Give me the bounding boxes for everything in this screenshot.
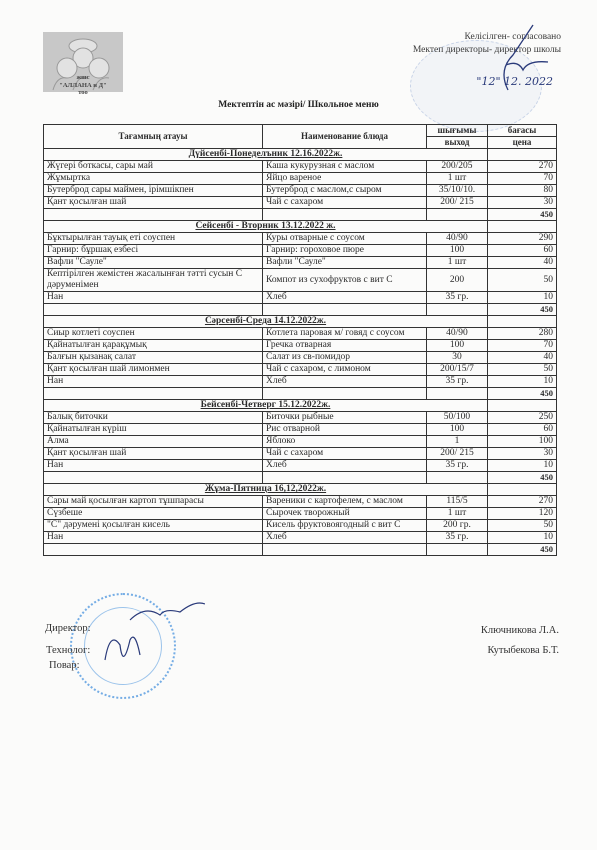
- table-row: Жүгері боткасы, сары майКаша кукурузная …: [44, 161, 557, 173]
- table-row: Сиыр котлеті соуспенКотлета паровая м/ г…: [44, 328, 557, 340]
- dish-name-kz: Сүзбеше: [44, 508, 263, 520]
- dish-name-ru: Куры отварные с соусом: [263, 233, 427, 245]
- total-empty: [44, 304, 263, 316]
- director-signature-icon: [478, 20, 558, 100]
- day-label: Бейсенбі-Четверг 15.12.2022ж.: [201, 400, 331, 410]
- dish-output: 35 гр.: [427, 532, 488, 544]
- dish-price: 10: [488, 460, 557, 472]
- dish-output: 1 шт: [427, 257, 488, 269]
- table-row: Қант қосылған шайЧай с сахаром200/ 21530: [44, 448, 557, 460]
- day-total: 450: [488, 472, 557, 484]
- table-row: Гарнир: бұршақ езбесіГарнир: гороховое п…: [44, 245, 557, 257]
- total-empty: [427, 388, 488, 400]
- dish-name-kz: Нан: [44, 292, 263, 304]
- cook-label: Повар:: [49, 660, 79, 671]
- dish-price: 50: [488, 364, 557, 376]
- dish-name-ru: Бутерброд с маслом,с сыром: [263, 185, 427, 197]
- table-row: НанХлеб35 гр.10: [44, 292, 557, 304]
- dish-price: 80: [488, 185, 557, 197]
- dish-name-kz: Қант қосылған шай: [44, 197, 263, 209]
- table-row: Қант қосылған шай лимонменЧай с сахаром,…: [44, 364, 557, 376]
- dish-name-ru: Вафли "Сауле": [263, 257, 427, 269]
- dish-name-ru: Кисель фруктовоягодный с вит С: [263, 520, 427, 532]
- dish-output: 1 шт: [427, 173, 488, 185]
- day-label-cell: Сейсенбі - Вторник 13.12.2022 ж.: [44, 221, 488, 233]
- day-total: 450: [488, 304, 557, 316]
- day-header-row: Дүйсенбі-Понеделъник 12.16.2022ж.: [44, 149, 557, 161]
- dish-output: 200 гр.: [427, 520, 488, 532]
- dish-name-kz: Нан: [44, 376, 263, 388]
- dish-output: 100: [427, 424, 488, 436]
- director-name: Ключникова Л.А.: [481, 625, 559, 636]
- day-total: 450: [488, 544, 557, 556]
- technologist-label: Технолог:: [46, 645, 90, 656]
- total-empty: [427, 209, 488, 221]
- dish-price: 50: [488, 269, 557, 292]
- total-empty: [427, 544, 488, 556]
- dish-price: 30: [488, 197, 557, 209]
- dish-price: 270: [488, 496, 557, 508]
- technologist-name: Кутыбекова Б.Т.: [487, 645, 559, 656]
- table-row: СүзбешеСырочек творожный1 шт120: [44, 508, 557, 520]
- table-row: Вафли "Сауле"Вафли "Сауле"1 шт40: [44, 257, 557, 269]
- dish-output: 40/90: [427, 233, 488, 245]
- day-label-empty: [488, 149, 557, 161]
- day-label-cell: Бейсенбі-Четверг 15.12.2022ж.: [44, 400, 488, 412]
- table-row: Балғын қызанақ салатСалат из св-помидор3…: [44, 352, 557, 364]
- dish-name-kz: Кептірілген жемістен жасалынған тәтті су…: [44, 269, 263, 292]
- table-row: НанХлеб35 гр.10: [44, 460, 557, 472]
- dish-name-ru: Биточки рыбные: [263, 412, 427, 424]
- total-row: 450: [44, 209, 557, 221]
- table-row: НанХлеб35 гр.10: [44, 376, 557, 388]
- dish-name-kz: Қайнатылған қарақұмық: [44, 340, 263, 352]
- day-header-row: Сәрсенбі-Среда 14.12.2022ж.: [44, 316, 557, 328]
- table-row: Балық биточкиБиточки рыбные50/100250: [44, 412, 557, 424]
- menu-table: Тағамның атауы Наименование блюда шығымы…: [43, 124, 557, 556]
- dish-price: 10: [488, 532, 557, 544]
- dish-price: 10: [488, 376, 557, 388]
- total-empty: [427, 472, 488, 484]
- dish-output: 200/ 215: [427, 448, 488, 460]
- table-row: Қант қосылған шайЧай с сахаром200/ 21530: [44, 197, 557, 209]
- day-label: Сәрсенбі-Среда 14.12.2022ж.: [205, 316, 326, 326]
- day-label-empty: [488, 316, 557, 328]
- dish-name-kz: Алма: [44, 436, 263, 448]
- dish-output: 35 гр.: [427, 376, 488, 388]
- dish-output: 115/5: [427, 496, 488, 508]
- table-row: Сары май қосылған картоп тұшпарасыВарени…: [44, 496, 557, 508]
- dish-price: 100: [488, 436, 557, 448]
- col-header-kz-name: Тағамның атауы: [44, 125, 263, 149]
- table-row: НанХлеб35 гр.10: [44, 532, 557, 544]
- dish-price: 10: [488, 292, 557, 304]
- total-row: 450: [44, 304, 557, 316]
- col-header-price-kz: бағасы: [488, 125, 557, 137]
- dish-output: 35 гр.: [427, 460, 488, 472]
- day-total: 450: [488, 388, 557, 400]
- dish-price: 120: [488, 508, 557, 520]
- director-label: Директор:: [45, 623, 91, 634]
- dish-price: 30: [488, 448, 557, 460]
- dish-name-kz: Жұмыртка: [44, 173, 263, 185]
- dish-name-ru: Котлета паровая м/ говяд с соусом: [263, 328, 427, 340]
- day-header-row: Бейсенбі-Четверг 15.12.2022ж.: [44, 400, 557, 412]
- table-row: Қайнатылған қарақұмықГречка отварная1007…: [44, 340, 557, 352]
- table-row: ЖұмырткаЯйцо вареное1 шт70: [44, 173, 557, 185]
- day-label-cell: Дүйсенбі-Понеделъник 12.16.2022ж.: [44, 149, 488, 161]
- company-type-ru: тоо: [43, 89, 123, 97]
- dish-name-ru: Чай с сахаром: [263, 448, 427, 460]
- day-label: Дүйсенбі-Понеделъник 12.16.2022ж.: [189, 149, 343, 159]
- dish-price: 290: [488, 233, 557, 245]
- col-header-output-kz: шығымы: [427, 125, 488, 137]
- dish-price: 60: [488, 424, 557, 436]
- total-empty: [44, 544, 263, 556]
- dish-name-ru: Гарнир: гороховое пюре: [263, 245, 427, 257]
- total-row: 450: [44, 472, 557, 484]
- dish-output: 35 гр.: [427, 292, 488, 304]
- dish-name-kz: Нан: [44, 460, 263, 472]
- dish-output: 200/ 215: [427, 197, 488, 209]
- day-label-empty: [488, 484, 557, 496]
- dish-name-kz: Вафли "Сауле": [44, 257, 263, 269]
- company-title: "АЛЛАНА и Д": [43, 82, 123, 90]
- col-header-output-ru: выход: [427, 137, 488, 149]
- dish-output: 35/10/10.: [427, 185, 488, 197]
- dish-name-kz: "С" дәрумені қосылған кисель: [44, 520, 263, 532]
- total-row: 450: [44, 388, 557, 400]
- dish-price: 40: [488, 257, 557, 269]
- day-label-cell: Жұма-Пятница 16,12,2022ж.: [44, 484, 488, 496]
- total-empty: [263, 472, 427, 484]
- dish-name-ru: Яблоко: [263, 436, 427, 448]
- company-type-kz: жшс: [43, 74, 123, 82]
- day-label: Сейсенбі - Вторник 13.12.2022 ж.: [195, 221, 335, 231]
- dish-output: 200: [427, 269, 488, 292]
- table-row: "С" дәрумені қосылған кисельКисель фрукт…: [44, 520, 557, 532]
- dish-name-ru: Яйцо вареное: [263, 173, 427, 185]
- dish-output: 200/15/7: [427, 364, 488, 376]
- dish-name-ru: Хлеб: [263, 460, 427, 472]
- dish-name-ru: Компот из сухофруктов с вит С: [263, 269, 427, 292]
- day-label-empty: [488, 221, 557, 233]
- dish-name-ru: Чай с сахаром, с лимоном: [263, 364, 427, 376]
- dish-name-ru: Гречка отварная: [263, 340, 427, 352]
- dish-output: 30: [427, 352, 488, 364]
- day-header-row: Жұма-Пятница 16,12,2022ж.: [44, 484, 557, 496]
- dish-name-ru: Рис отварной: [263, 424, 427, 436]
- total-empty: [263, 304, 427, 316]
- col-header-price-ru: цена: [488, 137, 557, 149]
- dish-name-kz: Сары май қосылған картоп тұшпарасы: [44, 496, 263, 508]
- dish-name-kz: Сиыр котлеті соуспен: [44, 328, 263, 340]
- dish-output: 40/90: [427, 328, 488, 340]
- dish-price: 70: [488, 340, 557, 352]
- dish-name-kz: Қант қосылған шай лимонмен: [44, 364, 263, 376]
- dish-name-kz: Гарнир: бұршақ езбесі: [44, 245, 263, 257]
- dish-price: 250: [488, 412, 557, 424]
- dish-name-kz: Нан: [44, 532, 263, 544]
- total-empty: [44, 472, 263, 484]
- dish-name-ru: Сырочек творожный: [263, 508, 427, 520]
- day-header-row: Сейсенбі - Вторник 13.12.2022 ж.: [44, 221, 557, 233]
- dish-name-kz: Бутерброд сары маймен, ірімшікпен: [44, 185, 263, 197]
- company-name: жшс "АЛЛАНА и Д" тоо: [43, 74, 123, 97]
- dish-price: 60: [488, 245, 557, 257]
- dish-name-ru: Хлеб: [263, 292, 427, 304]
- dish-name-ru: Салат из св-помидор: [263, 352, 427, 364]
- table-row: АлмаЯблоко1100: [44, 436, 557, 448]
- dish-name-kz: Жүгері боткасы, сары май: [44, 161, 263, 173]
- total-empty: [263, 544, 427, 556]
- dish-name-kz: Балғын қызанақ салат: [44, 352, 263, 364]
- table-row: Қайнатылған күрішРис отварной10060: [44, 424, 557, 436]
- day-label: Жұма-Пятница 16,12,2022ж.: [205, 484, 326, 494]
- dish-name-ru: Хлеб: [263, 376, 427, 388]
- day-label-cell: Сәрсенбі-Среда 14.12.2022ж.: [44, 316, 488, 328]
- total-empty: [44, 209, 263, 221]
- dish-name-ru: Чай с сахаром: [263, 197, 427, 209]
- dish-output: 200/205: [427, 161, 488, 173]
- dish-price: 40: [488, 352, 557, 364]
- dish-output: 1: [427, 436, 488, 448]
- total-row: 450: [44, 544, 557, 556]
- total-empty: [44, 388, 263, 400]
- table-row: Бутерброд сары маймен, ірімшікпенБутербр…: [44, 185, 557, 197]
- total-empty: [427, 304, 488, 316]
- dish-output: 100: [427, 245, 488, 257]
- dish-name-kz: Қайнатылған күріш: [44, 424, 263, 436]
- dish-name-kz: Бұктырылған тауық еті соуспен: [44, 233, 263, 245]
- table-row: Бұктырылған тауық еті соуспенКуры отварн…: [44, 233, 557, 245]
- total-empty: [263, 388, 427, 400]
- dish-output: 50/100: [427, 412, 488, 424]
- dish-price: 280: [488, 328, 557, 340]
- dish-name-ru: Каша кукурузная с маслом: [263, 161, 427, 173]
- total-empty: [263, 209, 427, 221]
- dish-name-ru: Хлеб: [263, 532, 427, 544]
- dish-output: 100: [427, 340, 488, 352]
- staff-signatures-icon: [85, 600, 205, 680]
- dish-name-kz: Балық биточки: [44, 412, 263, 424]
- dish-price: 270: [488, 161, 557, 173]
- day-label-empty: [488, 400, 557, 412]
- day-total: 450: [488, 209, 557, 221]
- dish-name-kz: Қант қосылған шай: [44, 448, 263, 460]
- page-title: Мектептін ас мәзірі/ Школьное меню: [0, 100, 597, 110]
- dish-price: 70: [488, 173, 557, 185]
- dish-output: 1 шт: [427, 508, 488, 520]
- col-header-ru-name: Наименование блюда: [263, 125, 427, 149]
- dish-price: 50: [488, 520, 557, 532]
- table-row: Кептірілген жемістен жасалынған тәтті су…: [44, 269, 557, 292]
- dish-name-ru: Вареники с картофелем, с маслом: [263, 496, 427, 508]
